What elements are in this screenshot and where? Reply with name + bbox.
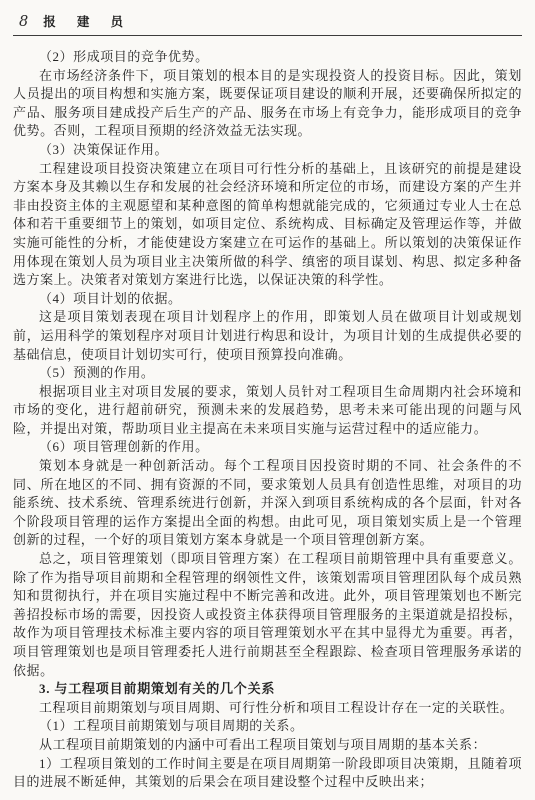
- body-paragraph-management-innovation: 策划本身就是一种创新活动。每个工程项目因投资时期的不同、社会条件的不同、所在地区…: [13, 457, 522, 550]
- section-item-6-heading: （6）项目管理创新的作用。: [13, 438, 522, 457]
- body-paragraph-summary: 总之，项目管理策划（即项目管理方案）在工程项目前期管理中具有重要意义。除了作为指…: [13, 550, 522, 680]
- body-paragraph-competitive-advantage: 在市场经济条件下，项目策划的根本目的是实现投资人的投资目标。因此，策划人员提出的…: [13, 67, 522, 141]
- body-paragraph-decision-guarantee: 工程建设项目投资决策建立在项目可行性分析的基础上，且该研究的前提是建设方案本身及…: [13, 160, 522, 290]
- section-item-1-heading: （1）工程项目前期策划与项目周期的关系。: [13, 717, 522, 736]
- section-heading-3: 3. 与工程项目前期策划有关的几个关系: [13, 680, 522, 699]
- book-page: 8 报 建 员 （2）形成项目的竞争优势。 在市场经济条件下，项目策划的根本目的…: [0, 0, 535, 800]
- body-paragraph-project-plan-basis: 这是项目策划表现在项目计划程序上的作用，即策划人员在做项目计划或规划前，运用科学…: [13, 308, 522, 364]
- body-paragraph-forecast-role: 根据项目业主对项目发展的要求，策划人员针对工程项目生命周期内社会环境和市场的变化…: [13, 383, 522, 439]
- section-item-5-heading: （5）预测的作用。: [13, 364, 522, 383]
- page-number: 8: [19, 14, 28, 30]
- header-title: 报 建 员: [43, 12, 132, 30]
- section-item-4-heading: （4）项目计划的依据。: [13, 290, 522, 309]
- body-paragraph-relations-intro: 工程项目前期策划与项目周期、可行性分析和项目工程设计存在一定的关联性。: [13, 699, 522, 718]
- numbered-item-1: 1）工程项目策划的工作时间主要是在项目周期第一阶段即项目决策期，且随着项目的进展…: [13, 755, 522, 792]
- section-item-3-heading: （3）决策保证作用。: [13, 141, 522, 160]
- page-body: （2）形成项目的竞争优势。 在市场经济条件下，项目策划的根本目的是实现投资人的投…: [13, 48, 522, 792]
- page-header: 8 报 建 员: [13, 8, 522, 36]
- section-item-2-heading: （2）形成项目的竞争优势。: [13, 48, 522, 67]
- body-paragraph-lifecycle-relation: 从工程项目前期策划的内涵中可看出工程项目策划与项目周期的基本关系：: [13, 736, 522, 755]
